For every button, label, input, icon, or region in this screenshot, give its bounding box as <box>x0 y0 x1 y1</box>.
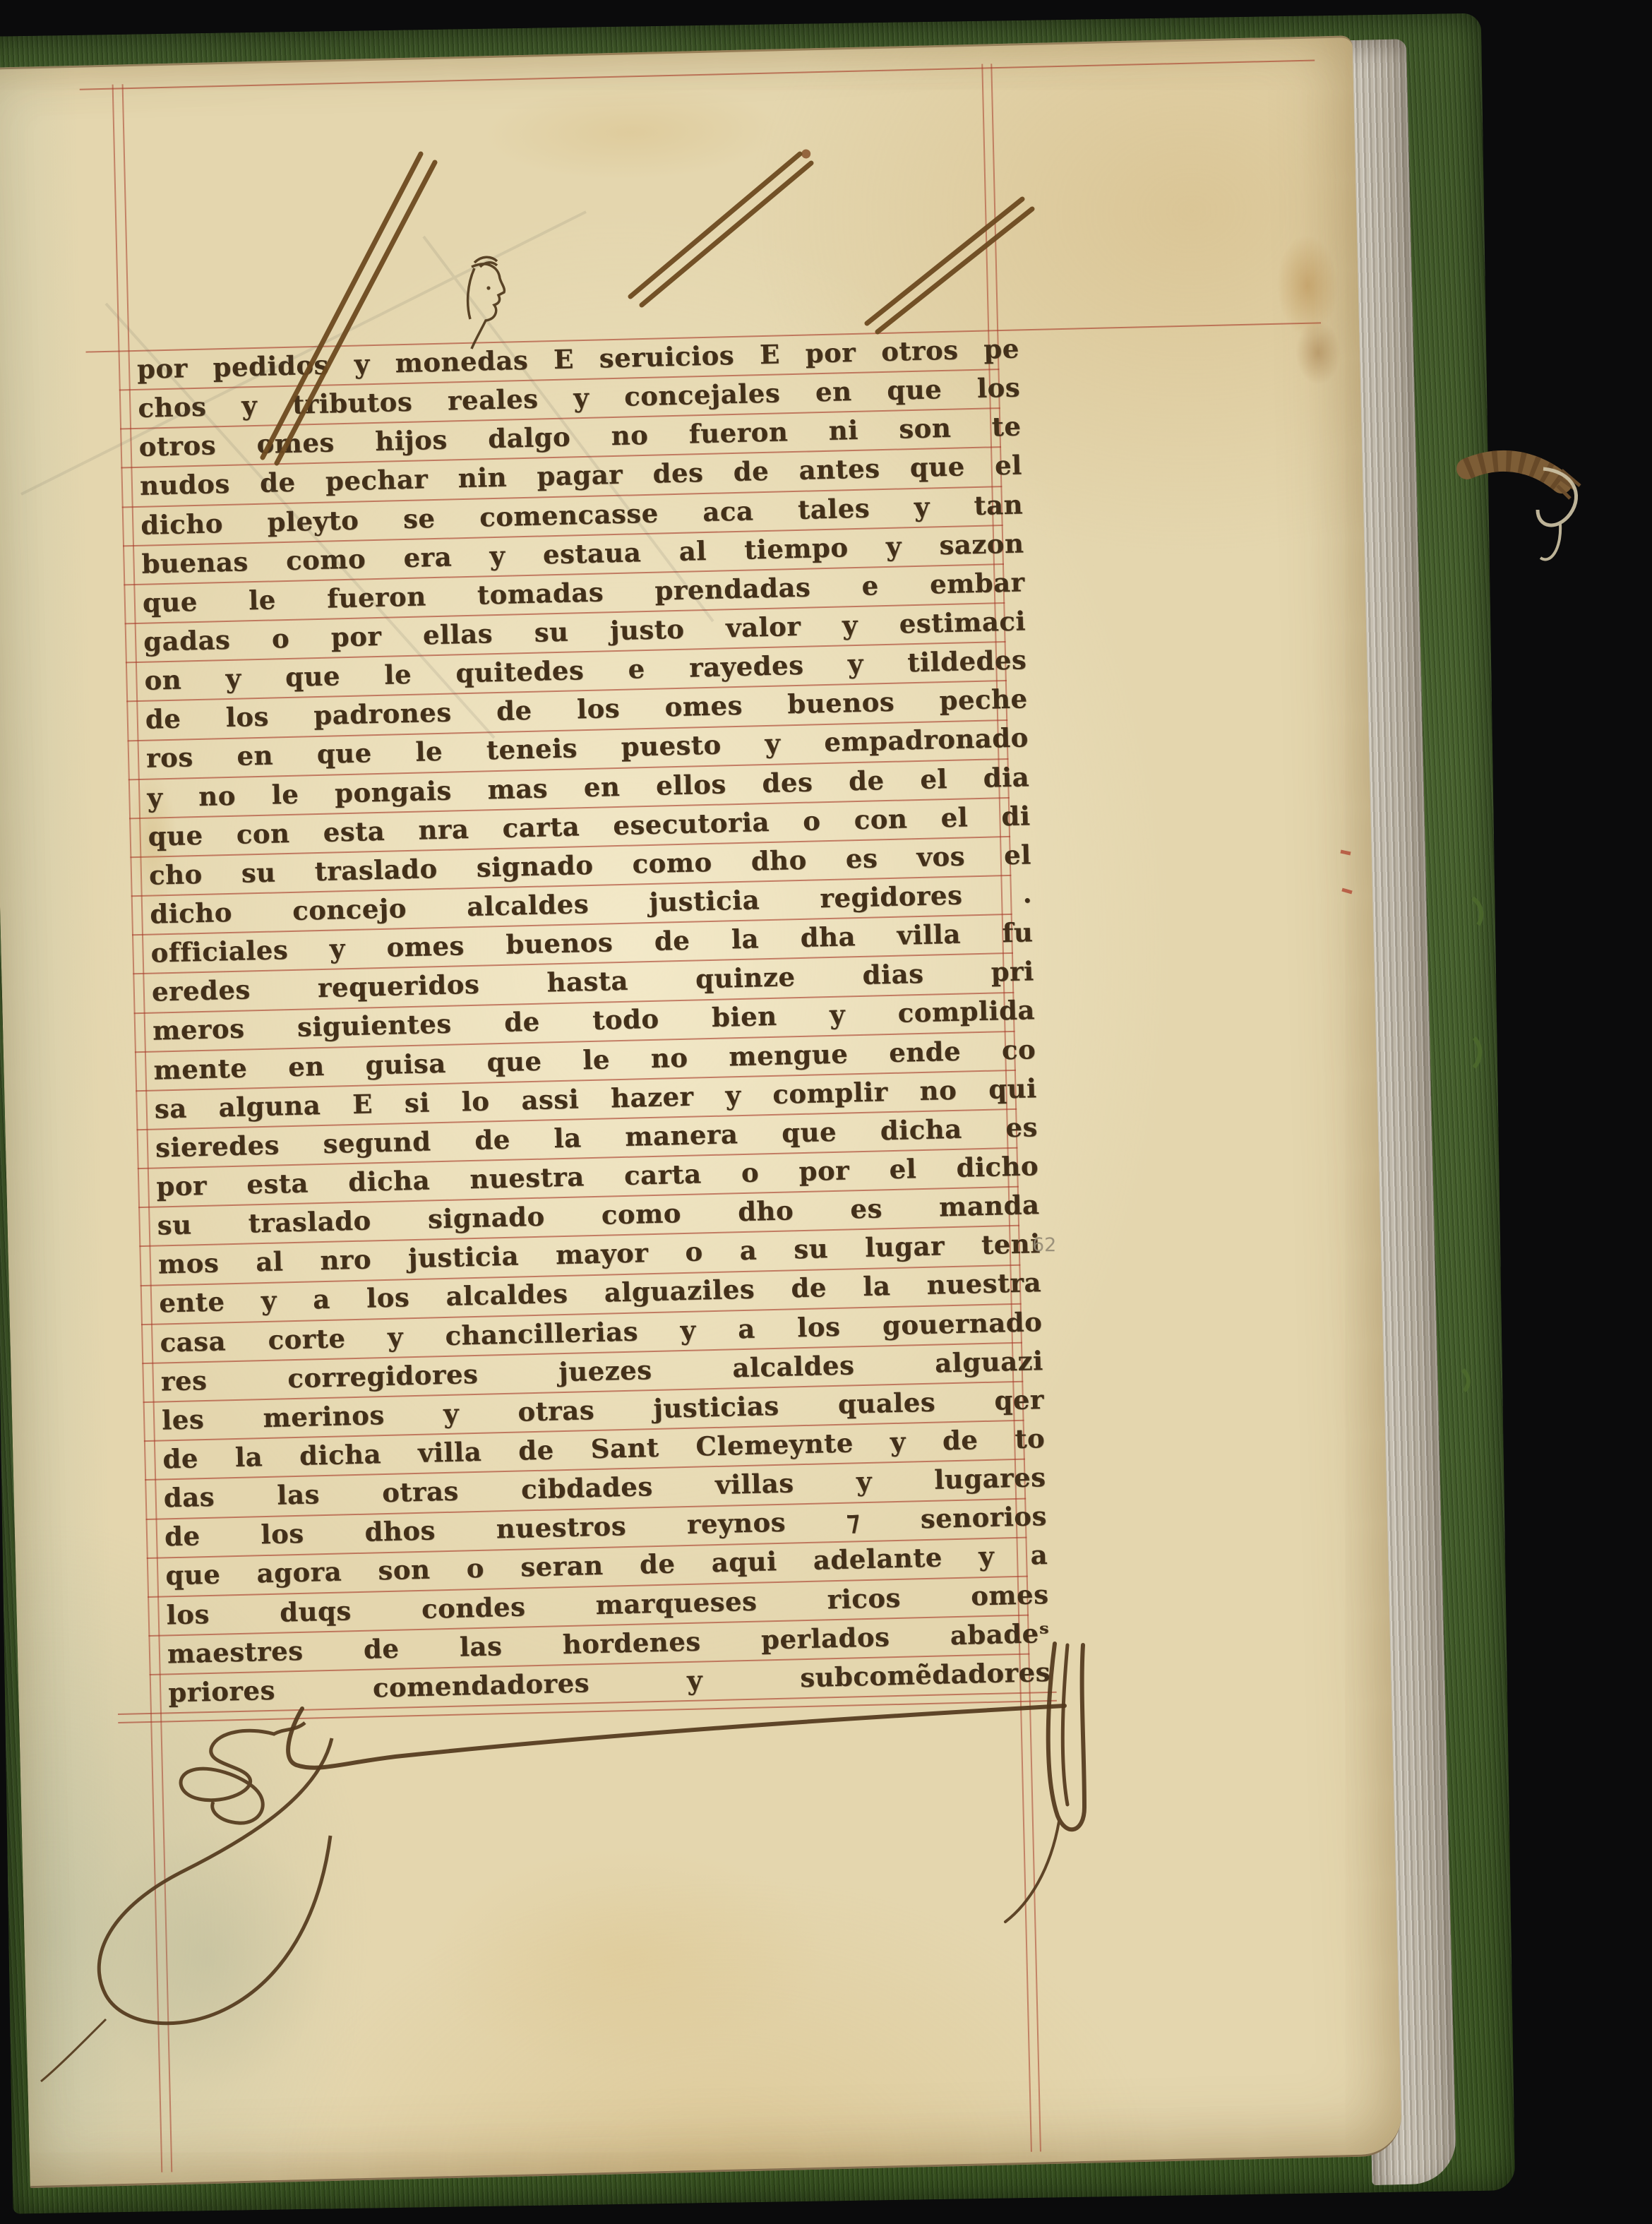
pen-flourish-loop <box>41 1738 332 2081</box>
pen-flourish-longstroke <box>288 1706 1065 1768</box>
green-frays <box>1463 898 1481 1391</box>
binding-tie-braid <box>1467 461 1580 498</box>
pen-trial-slashes <box>263 154 1032 463</box>
ink-decorations-overlay <box>0 0 1652 2224</box>
fore-edge-red-specks <box>1341 851 1352 892</box>
photograph-of-manuscript: por pedidos y monedas E seruicios E por … <box>0 0 1652 2224</box>
pen-flourish-right <box>1005 1644 1084 1922</box>
